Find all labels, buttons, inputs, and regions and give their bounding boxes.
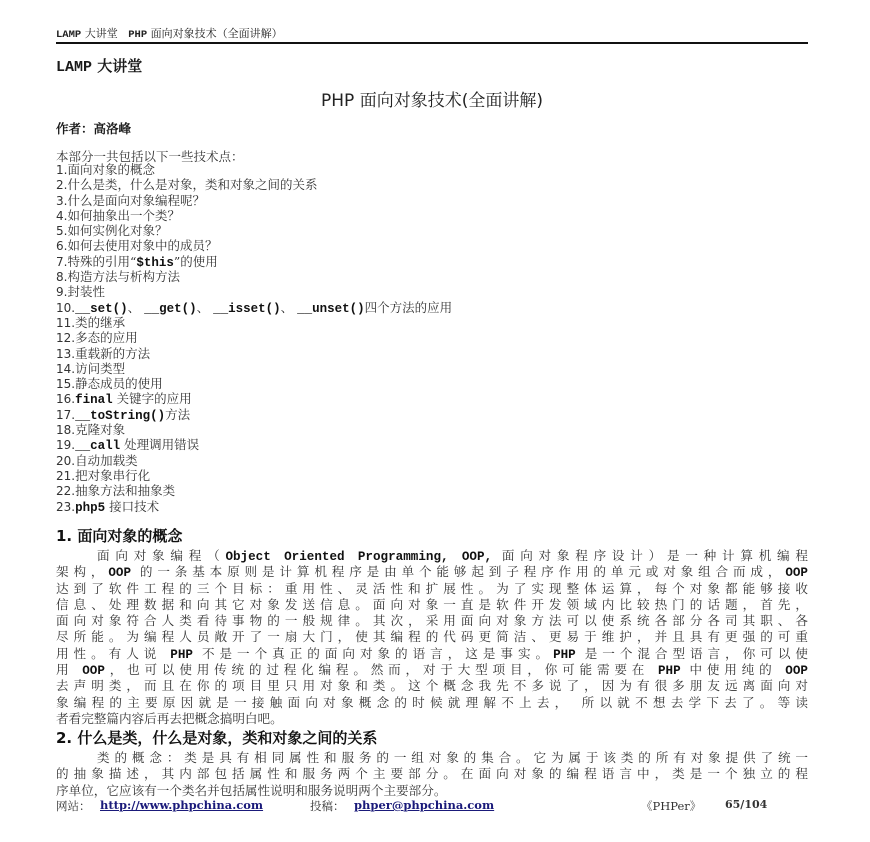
text-run: 用: [56, 662, 82, 677]
toc-item: 9.封装性: [56, 284, 452, 299]
toc-item: 20.自动加载类: [56, 453, 452, 468]
toc-item-text: 接口技术: [105, 499, 159, 514]
toc-item-number: 19.: [56, 438, 75, 452]
paragraph-line: 达到了软件工程的三个目标：重用性、灵活性和扩展性。为了实现整体运算，每个对象都能…: [56, 581, 808, 597]
paragraph-line: 的抽象描述，其内部包括属性和服务两个主要部分。在面向对象的编程语言中，类是一个独…: [56, 766, 808, 782]
inline-code: OOP: [785, 664, 808, 678]
toc-item-text: 多态的应用: [75, 330, 138, 345]
toc-item: 11.类的继承: [56, 315, 452, 330]
toc-item: 8.构造方法与析构方法: [56, 269, 452, 284]
toc-item-number: 7.: [56, 255, 67, 269]
table-of-contents: 1.面向对象的概念2.什么是类，什么是对象，类和对象之间的关系3.什么是面向对象…: [56, 162, 452, 514]
section-heading-2: 2. 什么是类，什么是对象，类和对象之间的关系: [56, 727, 377, 748]
toc-item-text: 处理调用错误: [120, 437, 199, 452]
paragraph-line: 用 OOP，也可以使用传统的过程化编程。然而，对于大型项目，你可能需要在 PHP…: [56, 662, 808, 678]
toc-item-text: 静态成员的使用: [75, 376, 163, 391]
footer-contrib-label: 投稿：: [310, 798, 345, 814]
toc-item-text: 封装性: [67, 284, 105, 299]
running-header-doc-latin: PHP: [128, 29, 147, 41]
toc-item-number: 14.: [56, 362, 75, 376]
paragraph-line: 序单位，它应该有一个类名并包括属性说明和服务说明两个主要部分。: [56, 783, 808, 799]
toc-item-number: 13.: [56, 347, 75, 361]
text-run: 者看完整篇内容后再去把概念搞明白吧。: [56, 711, 283, 726]
toc-item-number: 20.: [56, 454, 75, 468]
toc-item-number: 22.: [56, 484, 75, 498]
toc-item: 19.__call 处理调用错误: [56, 437, 452, 452]
toc-item-number: 2.: [56, 178, 67, 192]
toc-item-number: 11.: [56, 316, 75, 330]
author-line: 作者：高洛峰: [56, 119, 131, 137]
toc-item-number: 18.: [56, 423, 75, 437]
toc-item-text: 关键字的应用: [113, 391, 192, 406]
toc-item-text: 什么是类，什么是对象，类和对象之间的关系: [67, 177, 317, 192]
toc-item-number: 23.: [56, 500, 75, 514]
toc-item-code: __get(): [144, 302, 197, 316]
toc-item-text: 特殊的引用“: [67, 254, 136, 269]
paragraph-line: 类的概念：类是具有相同属性和服务的一组对象的集合。它为属于该类的所有对象提供了统…: [56, 750, 808, 766]
section-heading-1: 1. 面向对象的概念: [56, 525, 182, 546]
toc-item-text: 重载新的方法: [75, 346, 150, 361]
toc-item-code: __toString(): [75, 409, 165, 423]
footer-email-link[interactable]: phper@phpchina.com: [354, 798, 494, 812]
text-run: 象编程的主要原因就是一接触面向对象概念的时候就理解不上去， 所以就不想去学下去了…: [56, 695, 808, 710]
toc-item-text: 抽象方法和抽象类: [75, 483, 175, 498]
inline-code: PHP: [553, 648, 576, 662]
running-header-brand-latin: LAMP: [56, 29, 81, 41]
toc-item-number: 16.: [56, 392, 75, 406]
text-run: 用性。有人说: [56, 646, 170, 661]
text-run: ，也可以使用传统的过程化编程。然而，对于大型项目，你可能需要在: [105, 662, 658, 677]
text-run: 面向对象程序设计）是一种计算机编程: [492, 548, 808, 563]
inline-code: Object Oriented Programming, OOP,: [225, 550, 492, 564]
paragraph-line: 信息、处理数据和向其它对象发送信息。面向对象一直是软件开发领域内比较热门的话题，…: [56, 597, 808, 613]
running-header: LAMP 大讲堂 PHP 面向对象技术（全面讲解）: [56, 25, 283, 41]
footer-site-link[interactable]: http://www.phpchina.com: [100, 798, 263, 812]
toc-item: 21.把对象串行化: [56, 468, 452, 483]
toc-item-number: 6.: [56, 239, 67, 253]
toc-item-number: 4.: [56, 209, 67, 223]
text-run: 类的概念：类是具有相同属性和服务的一组对象的集合。它为属于该类的所有对象提供了统…: [97, 750, 808, 765]
toc-item-text: ”的使用: [174, 254, 218, 269]
toc-item: 10.__set()、 __get()、 __isset()、 __unset(…: [56, 300, 452, 315]
toc-item-text: 如何抽象出一个类？: [67, 208, 180, 223]
toc-item-number: 12.: [56, 331, 75, 345]
toc-item: 22.抽象方法和抽象类: [56, 483, 452, 498]
toc-item: 14.访问类型: [56, 361, 452, 376]
text-run: 尽所能。为编程人员敞开了一扇大门，使其编程的代码更简洁、更易于维护，并且具有更强…: [56, 629, 808, 644]
text-run: 的一条基本原则是计算机程序是由单个能够起到子程序作用的单元或对象组合而成，: [131, 564, 785, 579]
toc-item-text: 、: [281, 300, 297, 315]
toc-item: 23.php5 接口技术: [56, 499, 452, 514]
toc-item-text: 构造方法与析构方法: [67, 269, 180, 284]
toc-item-code: __unset(): [297, 302, 365, 316]
toc-item: 12.多态的应用: [56, 330, 452, 345]
paragraph-line: 面向对象编程（Object Oriented Programming, OOP,…: [56, 548, 808, 564]
toc-item-code: final: [75, 393, 113, 407]
document-title: PHP 面向对象技术(全面讲解): [56, 86, 808, 111]
toc-item-number: 8.: [56, 270, 67, 284]
text-run: 面向对象编程（: [97, 548, 225, 563]
running-header-brand-cjk: 大讲堂: [85, 27, 118, 40]
text-run: 面向对象符合人类看待事物的一般规律。其次，采用面向对象方法可以使系统各部分各司其…: [56, 613, 808, 628]
text-run: 的抽象描述，其内部包括属性和服务两个主要部分。在面向对象的编程语言中，类是一个独…: [56, 766, 808, 781]
toc-item-text: 面向对象的概念: [67, 162, 155, 177]
toc-item: 1.面向对象的概念: [56, 162, 452, 177]
toc-item-number: 15.: [56, 377, 75, 391]
footer-publication: 《PHPer》: [641, 798, 701, 814]
text-run: 架构，: [56, 564, 108, 579]
brand-cjk: 大讲堂: [97, 57, 142, 75]
toc-item: 4.如何抽象出一个类？: [56, 208, 452, 223]
page-number: 65/104: [725, 798, 767, 811]
toc-item: 6.如何去使用对象中的成员？: [56, 238, 452, 253]
toc-item: 16.final 关键字的应用: [56, 391, 452, 406]
paragraph-line: 去声明类，而且在你的项目里只用对象和类。这个概念我先不多说了，因为有很多朋友远离…: [56, 678, 808, 694]
toc-item-text: 四个方法的应用: [365, 300, 453, 315]
header-rule: [56, 42, 808, 44]
toc-item-number: 17.: [56, 408, 75, 422]
toc-item-text: 、: [197, 300, 213, 315]
toc-item-code: __isset(): [213, 302, 281, 316]
paragraph-line: 尽所能。为编程人员敞开了一扇大门，使其编程的代码更简洁、更易于维护，并且具有更强…: [56, 629, 808, 645]
toc-item-text: 把对象串行化: [75, 468, 150, 483]
text-run: 去声明类，而且在你的项目里只用对象和类。这个概念我先不多说了，因为有很多朋友远离…: [56, 678, 808, 693]
toc-item-text: 如何去使用对象中的成员？: [67, 238, 217, 253]
text-run: 不是一个真正的面向对象的语言，这是事实。: [193, 646, 553, 661]
brand-heading: LAMP 大讲堂: [56, 55, 142, 76]
toc-item-text: 什么是面向对象编程呢？: [67, 193, 205, 208]
running-header-doc-cjk: 面向对象技术（全面讲解）: [151, 27, 283, 40]
inline-code: OOP: [108, 566, 131, 580]
toc-item-text: 、: [128, 300, 144, 315]
footer-site-label: 网站：: [56, 798, 91, 814]
toc-item: 18.克隆对象: [56, 422, 452, 437]
toc-item-code: php5: [75, 501, 105, 515]
toc-item-number: 5.: [56, 224, 67, 238]
section-1-paragraph: 面向对象编程（Object Oriented Programming, OOP,…: [56, 548, 808, 727]
paragraph-line: 象编程的主要原因就是一接触面向对象概念的时候就理解不上去， 所以就不想去学下去了…: [56, 695, 808, 711]
inline-code: PHP: [658, 664, 681, 678]
inline-code: OOP: [82, 664, 105, 678]
text-run: 是一个混合型语言，你可以使: [576, 646, 808, 661]
toc-item-number: 10.: [56, 301, 75, 315]
toc-item: 2.什么是类，什么是对象，类和对象之间的关系: [56, 177, 452, 192]
toc-item-number: 1.: [56, 163, 67, 177]
paragraph-line: 用性。有人说 PHP 不是一个真正的面向对象的语言，这是事实。PHP 是一个混合…: [56, 646, 808, 662]
toc-item-number: 3.: [56, 194, 67, 208]
paragraph-line: 架构，OOP 的一条基本原则是计算机程序是由单个能够起到子程序作用的单元或对象组…: [56, 564, 808, 580]
toc-item-code: $this: [136, 256, 174, 270]
toc-item-code: __call: [75, 439, 120, 453]
page-footer: 网站： http://www.phpchina.com 投稿： phper@ph…: [56, 798, 808, 814]
toc-item-code: __set(): [75, 302, 128, 316]
toc-item-text: 类的继承: [75, 315, 125, 330]
toc-item: 17.__toString()方法: [56, 407, 452, 422]
section-2-paragraph: 类的概念：类是具有相同属性和服务的一组对象的集合。它为属于该类的所有对象提供了统…: [56, 750, 808, 799]
toc-item-text: 方法: [165, 407, 190, 422]
text-run: 序单位，它应该有一个类名并包括属性说明和服务说明两个主要部分。: [56, 783, 446, 798]
brand-latin: LAMP: [56, 59, 92, 76]
paragraph-line: 者看完整篇内容后再去把概念搞明白吧。: [56, 711, 808, 727]
toc-item: 7.特殊的引用“$this”的使用: [56, 254, 452, 269]
toc-item: 15.静态成员的使用: [56, 376, 452, 391]
toc-item-number: 9.: [56, 285, 67, 299]
text-run: 达到了软件工程的三个目标：重用性、灵活性和扩展性。为了实现整体运算，每个对象都能…: [56, 581, 808, 596]
toc-item-number: 21.: [56, 469, 75, 483]
paragraph-line: 面向对象符合人类看待事物的一般规律。其次，采用面向对象方法可以使系统各部分各司其…: [56, 613, 808, 629]
toc-item: 5.如何实例化对象？: [56, 223, 452, 238]
toc-item: 3.什么是面向对象编程呢？: [56, 193, 452, 208]
inline-code: OOP: [785, 566, 808, 580]
toc-item-text: 自动加载类: [75, 453, 138, 468]
toc-item-text: 克隆对象: [75, 422, 125, 437]
toc-item: 13.重载新的方法: [56, 346, 452, 361]
text-run: 信息、处理数据和向其它对象发送信息。面向对象一直是软件开发领域内比较热门的话题，…: [56, 597, 808, 612]
toc-item-text: 访问类型: [75, 361, 125, 376]
text-run: 中使用纯的: [681, 662, 786, 677]
inline-code: PHP: [170, 648, 193, 662]
toc-item-text: 如何实例化对象？: [67, 223, 167, 238]
